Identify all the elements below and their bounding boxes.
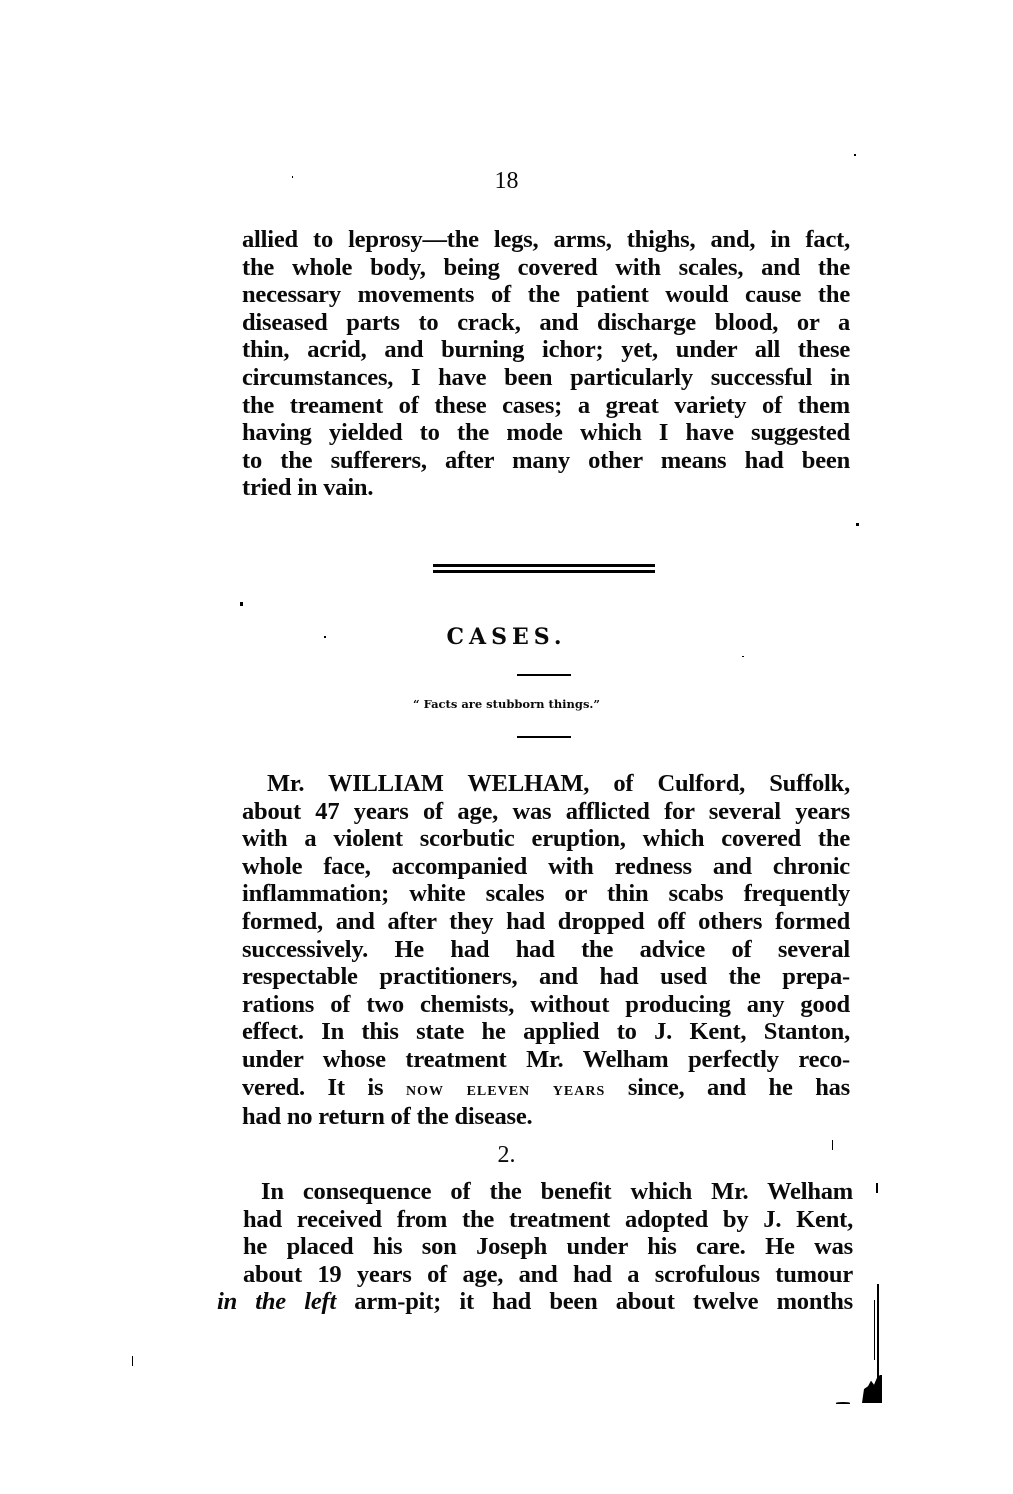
text-line: diseased parts to crack, and discharge b… — [242, 309, 850, 337]
scan-speck — [132, 1356, 133, 1366]
text-line: he placed his son Joseph under his care.… — [243, 1233, 853, 1261]
text-line: thin, acrid, and burning ichor; yet, und… — [242, 336, 850, 364]
double-rule-divider — [433, 564, 655, 574]
page-edge-shadow — [874, 1300, 875, 1360]
text-line: formed, and after they had dropped off o… — [242, 908, 850, 936]
scan-speck — [876, 1183, 878, 1193]
text-line: allied to leprosy—the legs, arms, thighs… — [242, 226, 850, 254]
ink-blot — [862, 1375, 882, 1403]
text-fragment: arm-pit; it had been about twelve months — [336, 1288, 853, 1315]
section-motto: “ Facts are stubborn things.” — [0, 697, 1013, 711]
text-line: about 47 years of age, was afflicted for… — [242, 798, 850, 826]
text-line: rations of two chemists, without produci… — [242, 991, 850, 1019]
section-heading: CASES. — [0, 624, 1013, 650]
text-line: inflammation; white scales or thin scabs… — [242, 880, 850, 908]
text-line: the whole body, being covered with scale… — [242, 254, 850, 282]
scan-speck — [240, 602, 243, 606]
text-line: the treament of these cases; a great var… — [242, 392, 850, 420]
text-line: whole face, accompanied with redness and… — [242, 853, 850, 881]
text-line: effect. In this state he applied to J. K… — [242, 1018, 850, 1046]
case-1-paragraph: Mr. WILLIAM WELHAM, of Culford, Suffolk,… — [242, 770, 850, 1131]
italic-emphasis: in the left — [217, 1288, 336, 1315]
short-rule-divider — [517, 736, 571, 738]
text-line: about 19 years of age, and had a scroful… — [243, 1261, 853, 1289]
scan-speck — [832, 1140, 833, 1150]
case-2-paragraph: In consequence of the benefit which Mr. … — [243, 1178, 853, 1316]
small-caps-emphasis: now eleven years — [406, 1078, 605, 1100]
text-line: to the sufferers, after many other means… — [242, 447, 850, 475]
page-number: 18 — [0, 168, 1013, 195]
text-line: under whose treatment Mr. Welham perfect… — [242, 1046, 850, 1074]
text-line: respectable practitioners, and had used … — [242, 963, 850, 991]
text-line: had received from the treatment adopted … — [243, 1206, 853, 1234]
text-line: in the left arm-pit; it had been about t… — [217, 1288, 853, 1316]
text-fragment: since, and he has — [605, 1074, 850, 1101]
scan-speck — [742, 656, 744, 657]
text-line: had no return of the disease. — [242, 1103, 850, 1131]
case-number: 2. — [0, 1142, 1013, 1169]
text-line: In consequence of the benefit which Mr. … — [243, 1178, 853, 1206]
text-line: successively. He had had the advice of s… — [242, 936, 850, 964]
rule-line — [433, 570, 655, 573]
scan-speck — [836, 1402, 850, 1404]
text-line: vered. It is now eleven years since, and… — [242, 1074, 850, 1104]
text-fragment: vered. It is — [242, 1074, 406, 1101]
intro-paragraph: allied to leprosy—the legs, arms, thighs… — [242, 226, 850, 502]
scan-speck — [856, 523, 859, 526]
text-line: Mr. WILLIAM WELHAM, of Culford, Suffolk, — [242, 770, 850, 798]
text-line: tried in vain. — [242, 474, 850, 502]
scan-speck — [292, 176, 293, 178]
text-line: with a violent scorbutic eruption, which… — [242, 825, 850, 853]
text-line: circumstances, I have been particularly … — [242, 364, 850, 392]
scanned-book-page: 18 allied to leprosy—the legs, arms, thi… — [0, 0, 1013, 1494]
scan-speck — [324, 636, 326, 638]
text-line: necessary movements of the patient would… — [242, 281, 850, 309]
text-line: having yielded to the mode which I have … — [242, 419, 850, 447]
page-edge-shadow — [877, 1284, 879, 1384]
scan-speck — [854, 154, 856, 156]
short-rule-divider — [517, 674, 571, 676]
rule-line — [433, 564, 655, 567]
